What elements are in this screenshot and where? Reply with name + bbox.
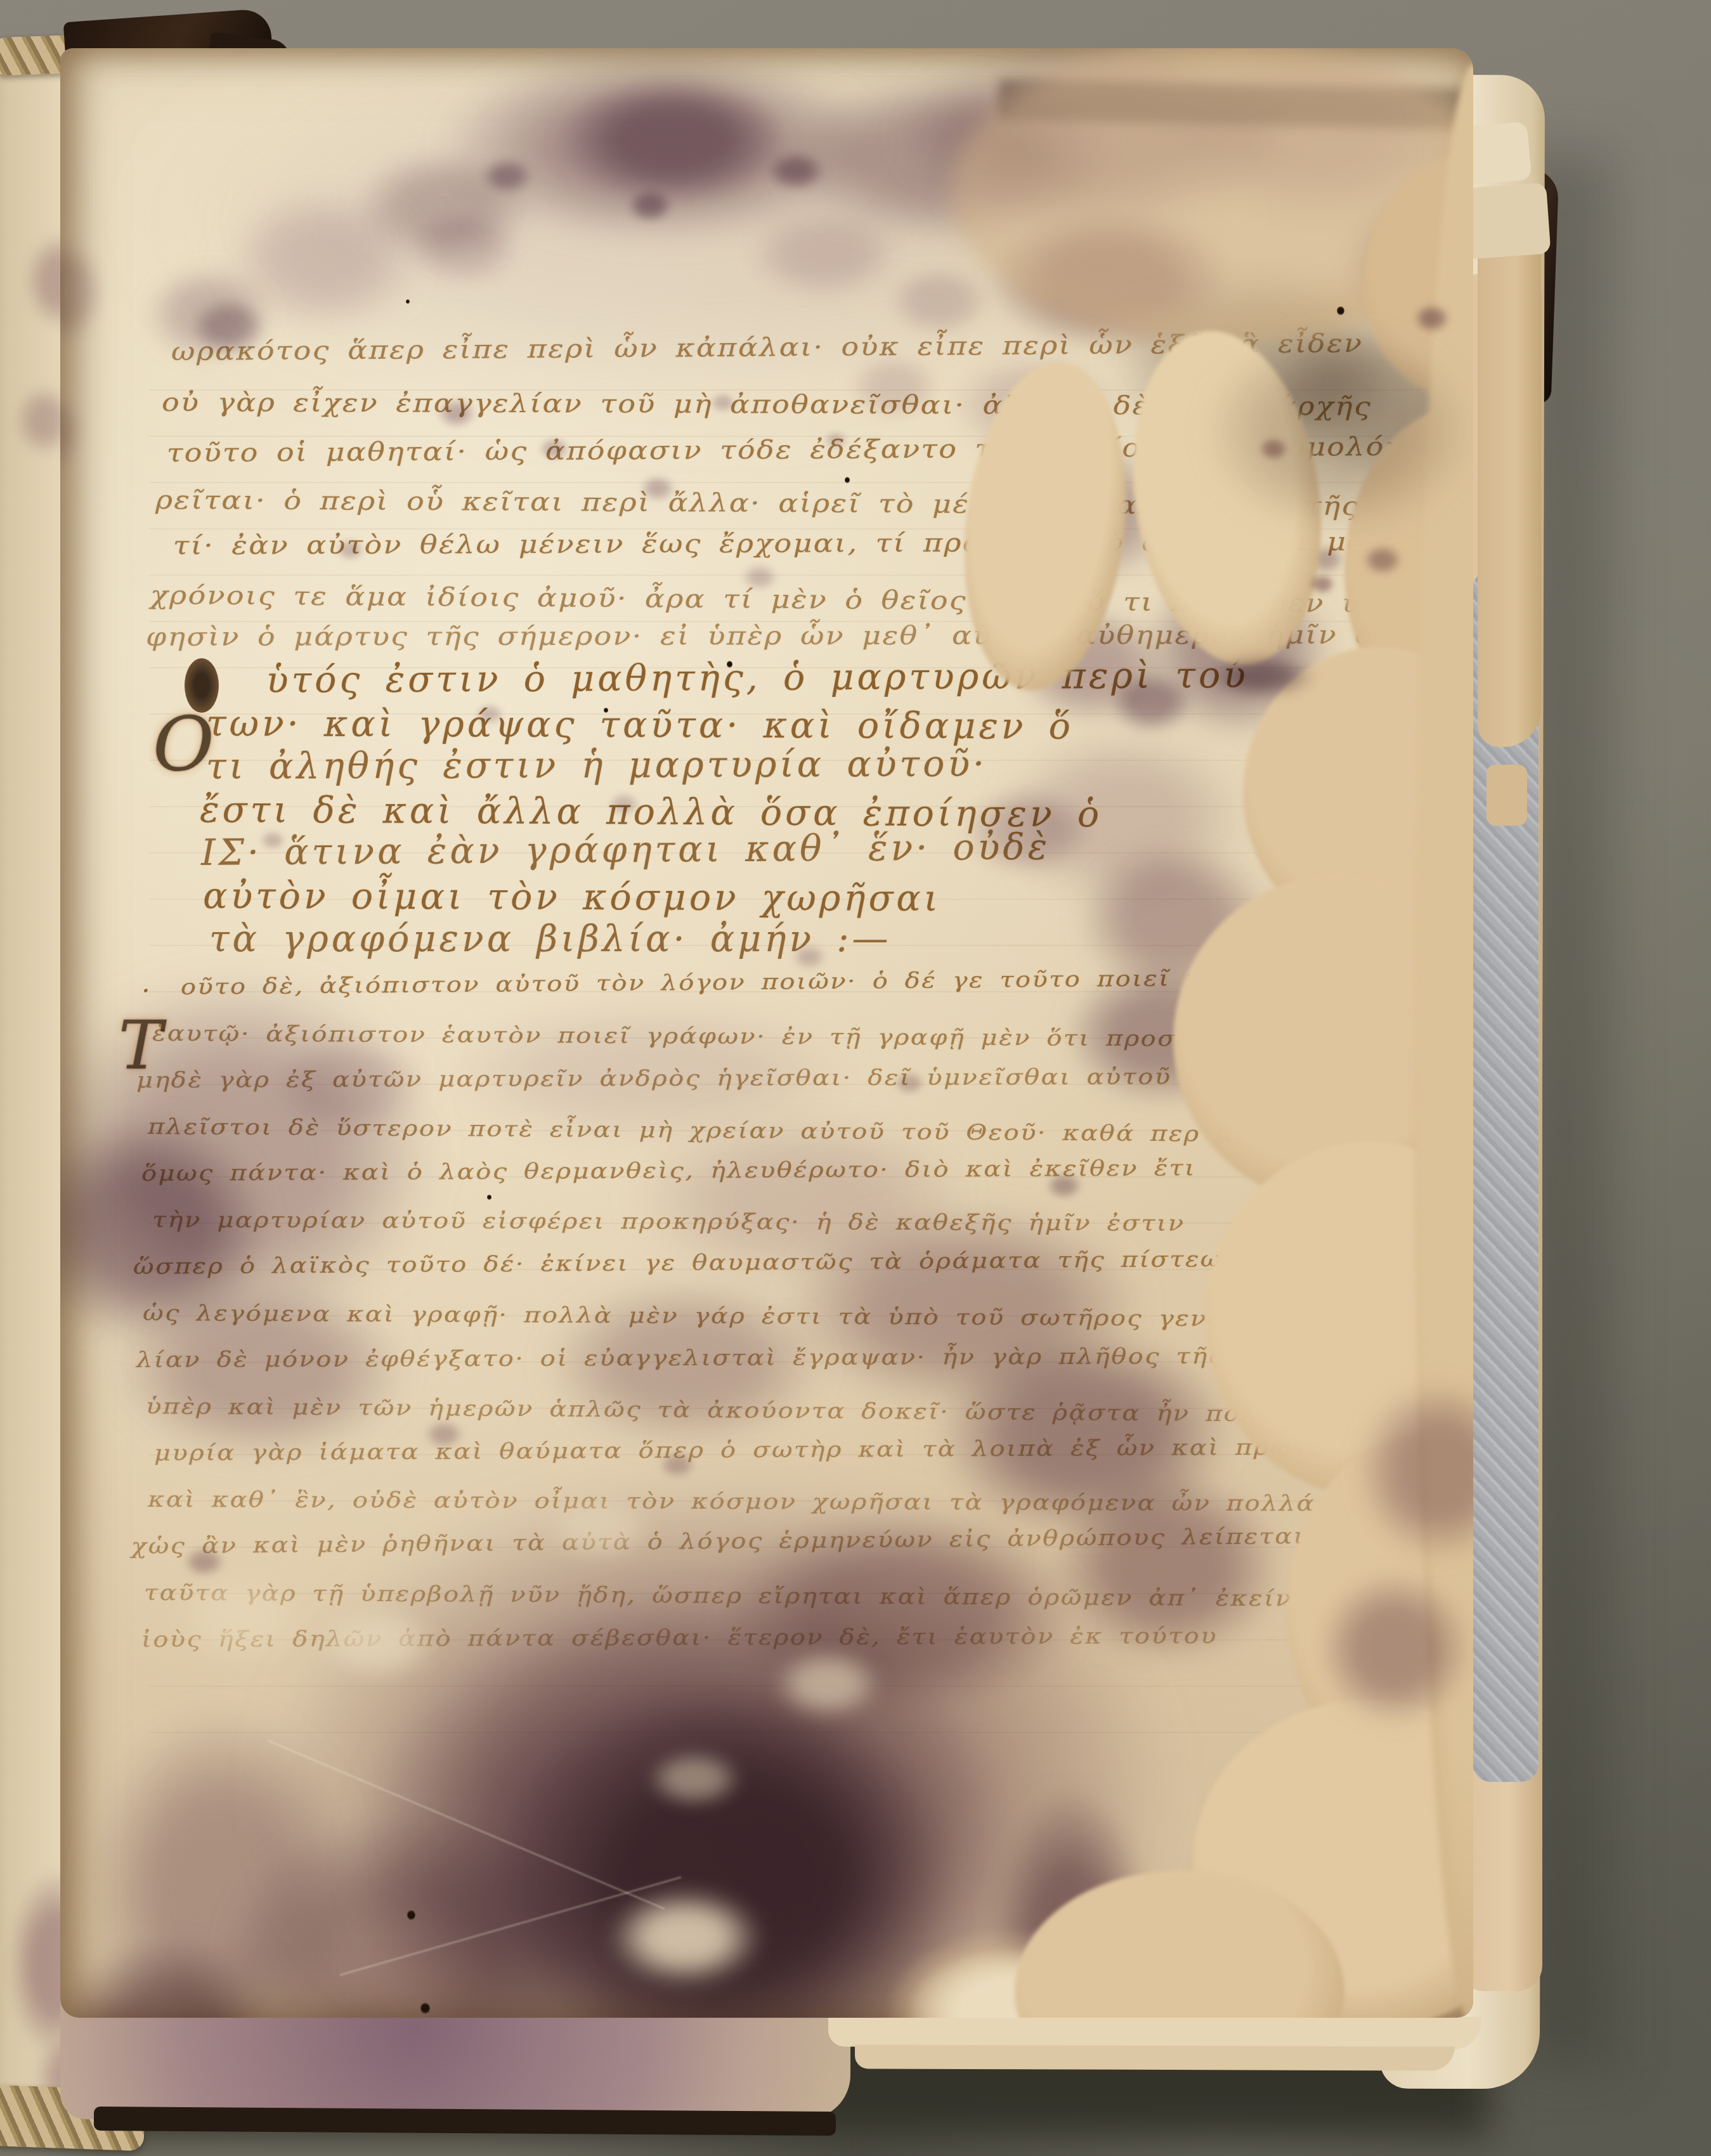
mold-stain xyxy=(1208,656,1316,697)
text-line: ΙΣ· ἅτινα ἐὰν γράφηται καθ᾽ ἕν· οὐδὲ xyxy=(201,826,1051,874)
mold-stain xyxy=(558,76,786,203)
mold-stain xyxy=(114,1281,406,1458)
mold-stain xyxy=(894,1072,925,1094)
mold-stain xyxy=(964,786,1091,875)
initial-omicron: Ο xyxy=(153,700,214,788)
mold-stain xyxy=(60,393,82,469)
fibrous-tissue-guard-edge xyxy=(1473,571,1539,1782)
mold-stain xyxy=(748,209,901,298)
pale-spot xyxy=(178,1573,304,1661)
manuscript-photograph: ωρακότος ἅπερ εἶπε περὶ ὧν κἀπάλαι· οὐκ … xyxy=(0,0,1711,2156)
text-line: τι ἀληθής ἐστιν ἡ μαρτυρία αὐτοῦ· xyxy=(206,743,987,788)
mold-stain xyxy=(1259,438,1288,460)
mold-stain xyxy=(425,1420,463,1448)
text-line: αὐτὸν οἶμαι τὸν κόσμον χωρῆσαι xyxy=(203,875,941,919)
mold-stain xyxy=(1310,574,1335,594)
mold-stain xyxy=(482,159,533,193)
mold-stain xyxy=(660,1452,695,1477)
wormhole xyxy=(845,477,850,483)
mold-stain xyxy=(273,1034,425,1135)
pale-spot xyxy=(647,1750,742,1807)
mold-stain xyxy=(824,431,847,449)
mold-stain xyxy=(1414,304,1450,332)
torn-guard-strip xyxy=(1478,189,1541,747)
mold-stain xyxy=(1363,545,1402,575)
pale-spot xyxy=(317,1604,438,1680)
pale-spot xyxy=(609,1890,761,1985)
mold-stain xyxy=(742,564,777,590)
mold-stain xyxy=(1046,1173,1082,1198)
mold-stain xyxy=(545,1281,824,1446)
text-line: των· καὶ γράψας ταῦτα· καὶ οἴδαμεν ὅ xyxy=(206,703,1074,748)
pale-spot xyxy=(774,1649,882,1718)
mold-stain xyxy=(1205,330,1471,533)
torn-guard-fragment xyxy=(1487,765,1527,826)
pale-spot xyxy=(545,1497,653,1560)
mold-stain xyxy=(1319,1573,1471,1725)
mold-stain xyxy=(60,241,105,342)
mold-stain xyxy=(767,152,824,190)
mold-stain xyxy=(406,209,520,285)
wormhole xyxy=(727,661,732,668)
bottom-leaf-edge xyxy=(855,2044,1455,2070)
mold-stain xyxy=(476,704,504,724)
manuscript-page: ωρακότος ἅπερ εἶπε περὶ ὧν κἀπάλαι· οὐκ … xyxy=(60,48,1473,2018)
mold-stain xyxy=(710,393,736,412)
wormhole xyxy=(420,2003,430,2014)
mold-stain xyxy=(628,190,672,222)
mold-stain xyxy=(336,539,364,561)
mold-stain xyxy=(539,438,569,460)
mold-stain xyxy=(260,831,285,850)
wormhole xyxy=(407,1910,415,1920)
mold-stain xyxy=(850,355,939,419)
mold-stain xyxy=(190,298,266,355)
mold-stain xyxy=(793,945,826,969)
mold-stain xyxy=(609,793,639,815)
mold-stain xyxy=(184,1547,224,1576)
mold-stain xyxy=(641,476,675,501)
text-line: τὰ γραφόμενα βιβλία· ἀμήν :— xyxy=(209,918,891,960)
mold-stain xyxy=(888,266,989,336)
mold-stain xyxy=(438,399,476,427)
mold-stain xyxy=(1110,672,1192,732)
